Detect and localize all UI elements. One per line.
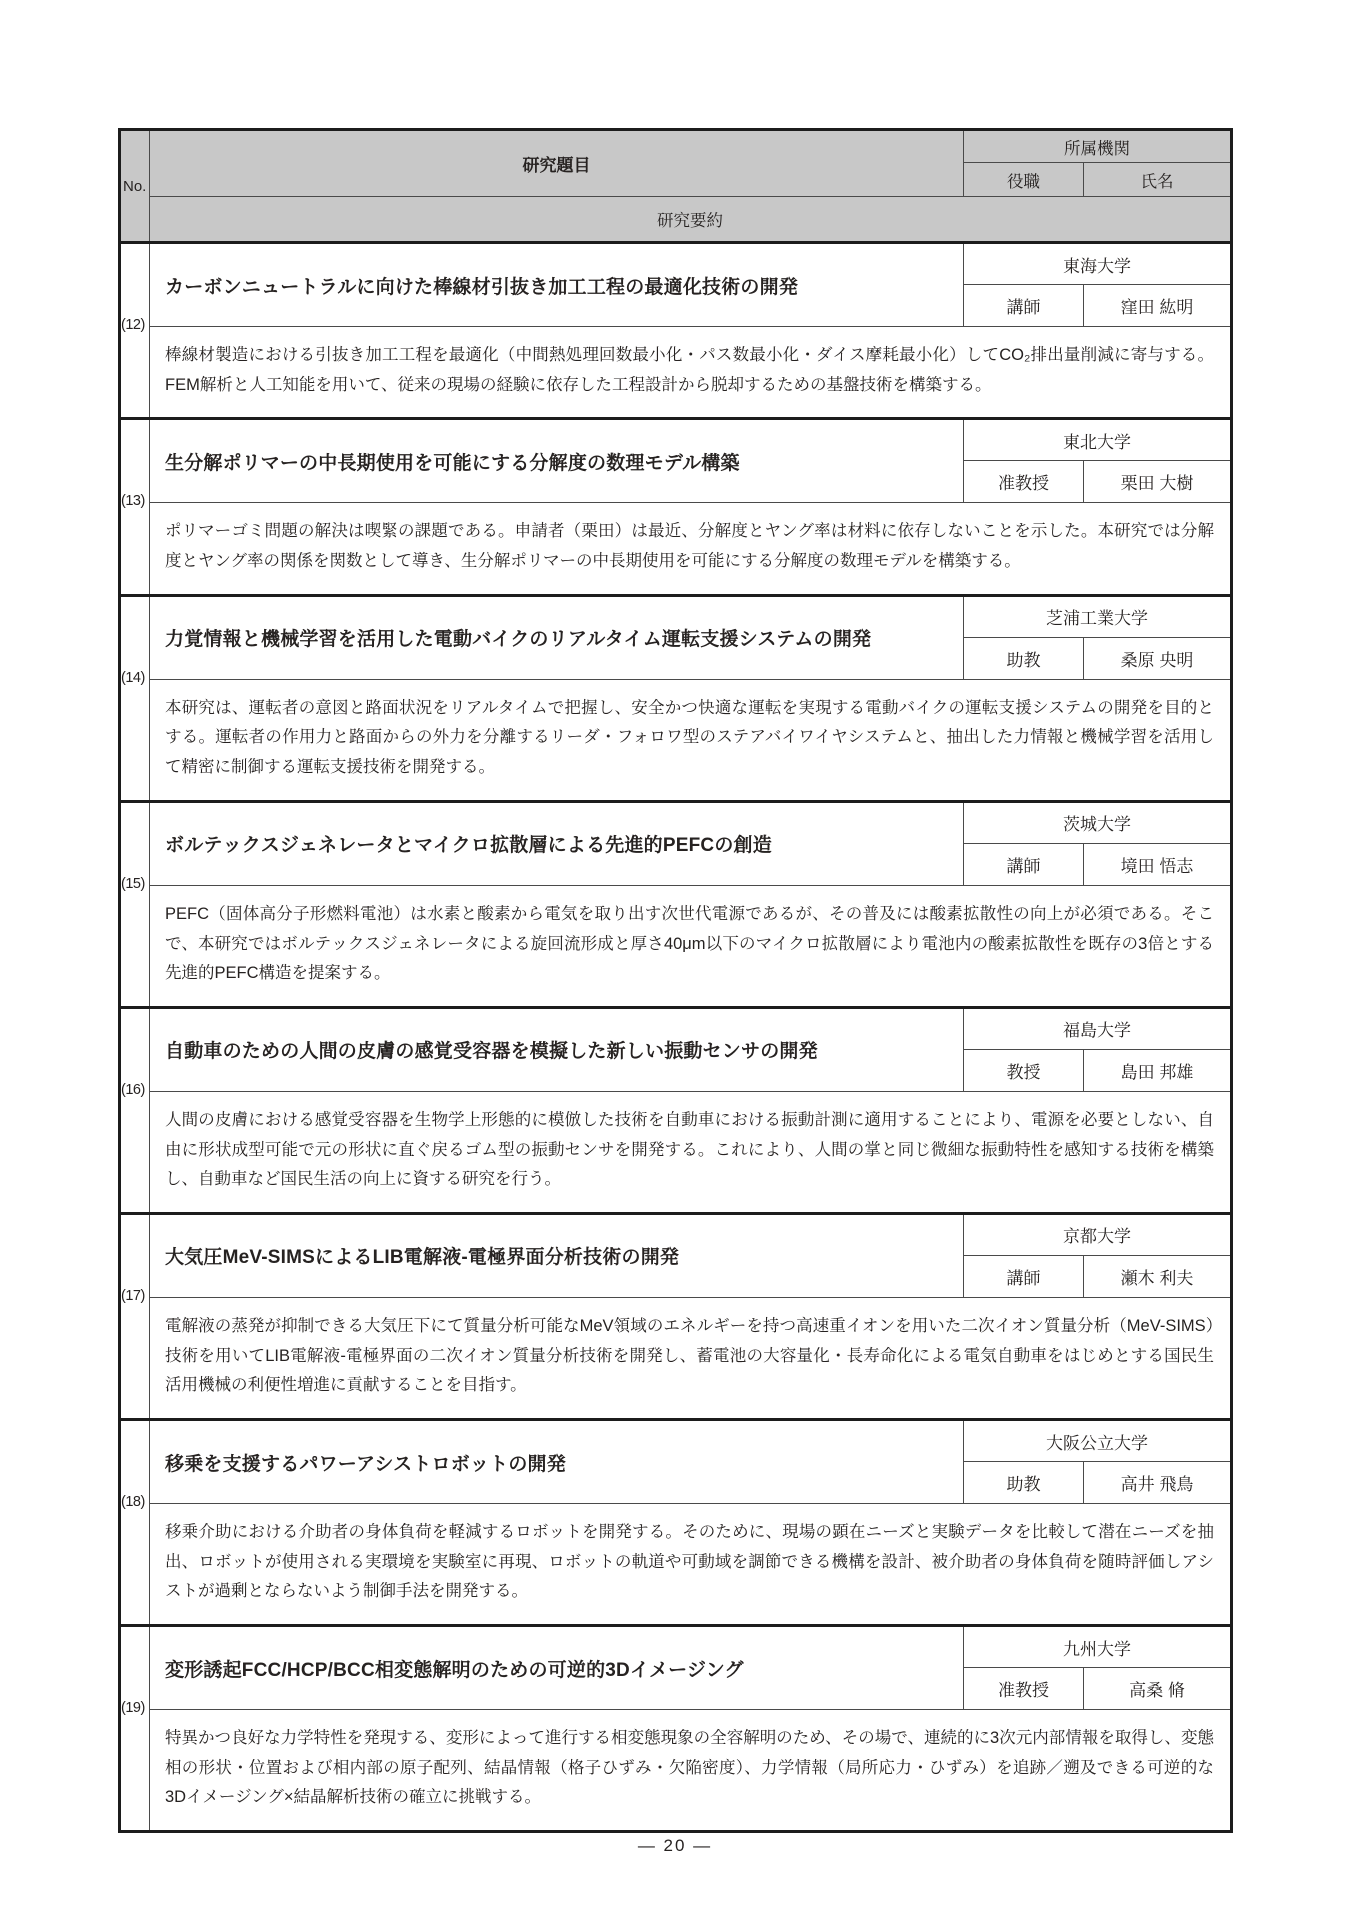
row-university: 福島大学 (964, 1009, 1230, 1050)
research-projects-table: No. 研究題目 所属機関 役職 氏名 研究要約 (12) カーボンニュートラル… (118, 128, 1233, 1833)
row-no: (13) (121, 493, 145, 509)
row-summary: 特異かつ良好な力学特性を発現する、変形によって進行する相変態現象の全容解明のため… (150, 1710, 1230, 1830)
row-university: 東海大学 (964, 244, 1230, 285)
row-university: 京都大学 (964, 1215, 1230, 1256)
row-position: 准教授 (964, 1668, 1084, 1709)
row-position: 講師 (964, 844, 1084, 885)
row-no-cell: (13) (121, 420, 150, 593)
row-summary: 棒線材製造における引抜き加工工程を最適化（中間熱処理回数最小化・パス数最小化・ダ… (150, 327, 1230, 417)
row-name: 高桑 脩 (1084, 1668, 1230, 1709)
row-title: 力覚情報と機械学習を活用した電動バイクのリアルタイム運転支援システムの開発 (150, 597, 964, 679)
row-no-cell: (19) (121, 1627, 150, 1830)
row-university: 東北大学 (964, 420, 1230, 461)
row-title: ボルテックスジェネレータとマイクロ拡散層による先進的PEFCの創造 (150, 803, 964, 885)
row-no: (12) (121, 317, 145, 333)
row-summary: 電解液の蒸発が抑制できる大気圧下にて質量分析可能なMeV領域のエネルギーを持つ高… (150, 1298, 1230, 1418)
row-no: (17) (121, 1288, 145, 1304)
row-summary: 移乗介助における介助者の身体負荷を軽減するロボットを開発する。そのために、現場の… (150, 1504, 1230, 1624)
row-title: 自動車のための人間の皮膚の感覚受容器を模擬した新しい振動センサの開発 (150, 1009, 964, 1091)
row-summary: 本研究は、運転者の意図と路面状況をリアルタイムで把握し、安全かつ快適な運転を実現… (150, 680, 1230, 800)
row-no: (16) (121, 1082, 145, 1098)
row-no: (19) (121, 1700, 145, 1716)
row-title: 大気圧MeV-SIMSによるLIB電解液-電極界面分析技術の開発 (150, 1215, 964, 1297)
row-title: 移乗を支援するパワーアシストロボットの開発 (150, 1421, 964, 1503)
row-title: カーボンニュートラルに向けた棒線材引抜き加工工程の最適化技術の開発 (150, 244, 964, 326)
row-position: 助教 (964, 638, 1084, 679)
table-row: (17) 大気圧MeV-SIMSによるLIB電解液-電極界面分析技術の開発 京都… (121, 1212, 1230, 1418)
header-top-row: 研究題目 所属機関 役職 氏名 (150, 131, 1230, 196)
row-name: 瀬木 利夫 (1084, 1256, 1230, 1297)
header-summary: 研究要約 (150, 196, 1230, 241)
row-no: (18) (121, 1494, 145, 1510)
header-affiliation-sub: 役職 氏名 (964, 163, 1230, 196)
table-row: (14) 力覚情報と機械学習を活用した電動バイクのリアルタイム運転支援システムの… (121, 594, 1230, 800)
row-no-cell: (17) (121, 1215, 150, 1418)
row-no-cell: (14) (121, 597, 150, 800)
row-summary: PEFC（固体高分子形燃料電池）は水素と酸素から電気を取り出す次世代電源であるが… (150, 886, 1230, 1006)
table-header: No. 研究題目 所属機関 役職 氏名 研究要約 (121, 131, 1230, 241)
row-no-cell: (16) (121, 1009, 150, 1212)
row-university: 大阪公立大学 (964, 1421, 1230, 1462)
table-row: (19) 変形誘起FCC/HCP/BCC相変態解明のための可逆的3Dイメージング… (121, 1624, 1230, 1830)
header-affiliation-group: 所属機関 役職 氏名 (964, 131, 1230, 196)
row-name: 桑原 央明 (1084, 638, 1230, 679)
row-title: 変形誘起FCC/HCP/BCC相変態解明のための可逆的3Dイメージング (150, 1627, 964, 1709)
row-position: 助教 (964, 1462, 1084, 1503)
row-summary: 人間の皮膚における感覚受容器を生物学上形態的に模倣した技術を自動車における振動計… (150, 1092, 1230, 1212)
table-row: (18) 移乗を支援するパワーアシストロボットの開発 大阪公立大学 助教 高井 … (121, 1418, 1230, 1624)
row-university: 茨城大学 (964, 803, 1230, 844)
row-no: (15) (121, 876, 145, 892)
row-university: 芝浦工業大学 (964, 597, 1230, 638)
table-row: (16) 自動車のための人間の皮膚の感覚受容器を模擬した新しい振動センサの開発 … (121, 1006, 1230, 1212)
row-name: 境田 悟志 (1084, 844, 1230, 885)
row-name: 島田 邦雄 (1084, 1050, 1230, 1091)
page-number: — 20 — (0, 1836, 1350, 1856)
row-name: 窪田 紘明 (1084, 285, 1230, 326)
row-no-cell: (15) (121, 803, 150, 1006)
row-summary: ポリマーゴミ問題の解決は喫緊の課題である。申請者（栗田）は最近、分解度とヤング率… (150, 503, 1230, 593)
header-no: No. (121, 131, 150, 241)
row-position: 講師 (964, 285, 1084, 326)
table-row: (12) カーボンニュートラルに向けた棒線材引抜き加工工程の最適化技術の開発 東… (121, 241, 1230, 417)
row-no-cell: (18) (121, 1421, 150, 1624)
row-no-cell: (12) (121, 244, 150, 417)
header-affiliation: 所属機関 (964, 131, 1230, 163)
row-no: (14) (121, 670, 145, 686)
header-research-title: 研究題目 (150, 131, 964, 196)
row-university: 九州大学 (964, 1627, 1230, 1668)
row-position: 講師 (964, 1256, 1084, 1297)
table-row: (15) ボルテックスジェネレータとマイクロ拡散層による先進的PEFCの創造 茨… (121, 800, 1230, 1006)
table-row: (13) 生分解ポリマーの中長期使用を可能にする分解度の数理モデル構築 東北大学… (121, 417, 1230, 593)
row-position: 准教授 (964, 461, 1084, 502)
row-title: 生分解ポリマーの中長期使用を可能にする分解度の数理モデル構築 (150, 420, 964, 502)
header-position: 役職 (964, 163, 1084, 196)
row-name: 高井 飛鳥 (1084, 1462, 1230, 1503)
header-name: 氏名 (1084, 163, 1230, 196)
row-name: 栗田 大樹 (1084, 461, 1230, 502)
header-right: 研究題目 所属機関 役職 氏名 研究要約 (150, 131, 1230, 241)
row-position: 教授 (964, 1050, 1084, 1091)
